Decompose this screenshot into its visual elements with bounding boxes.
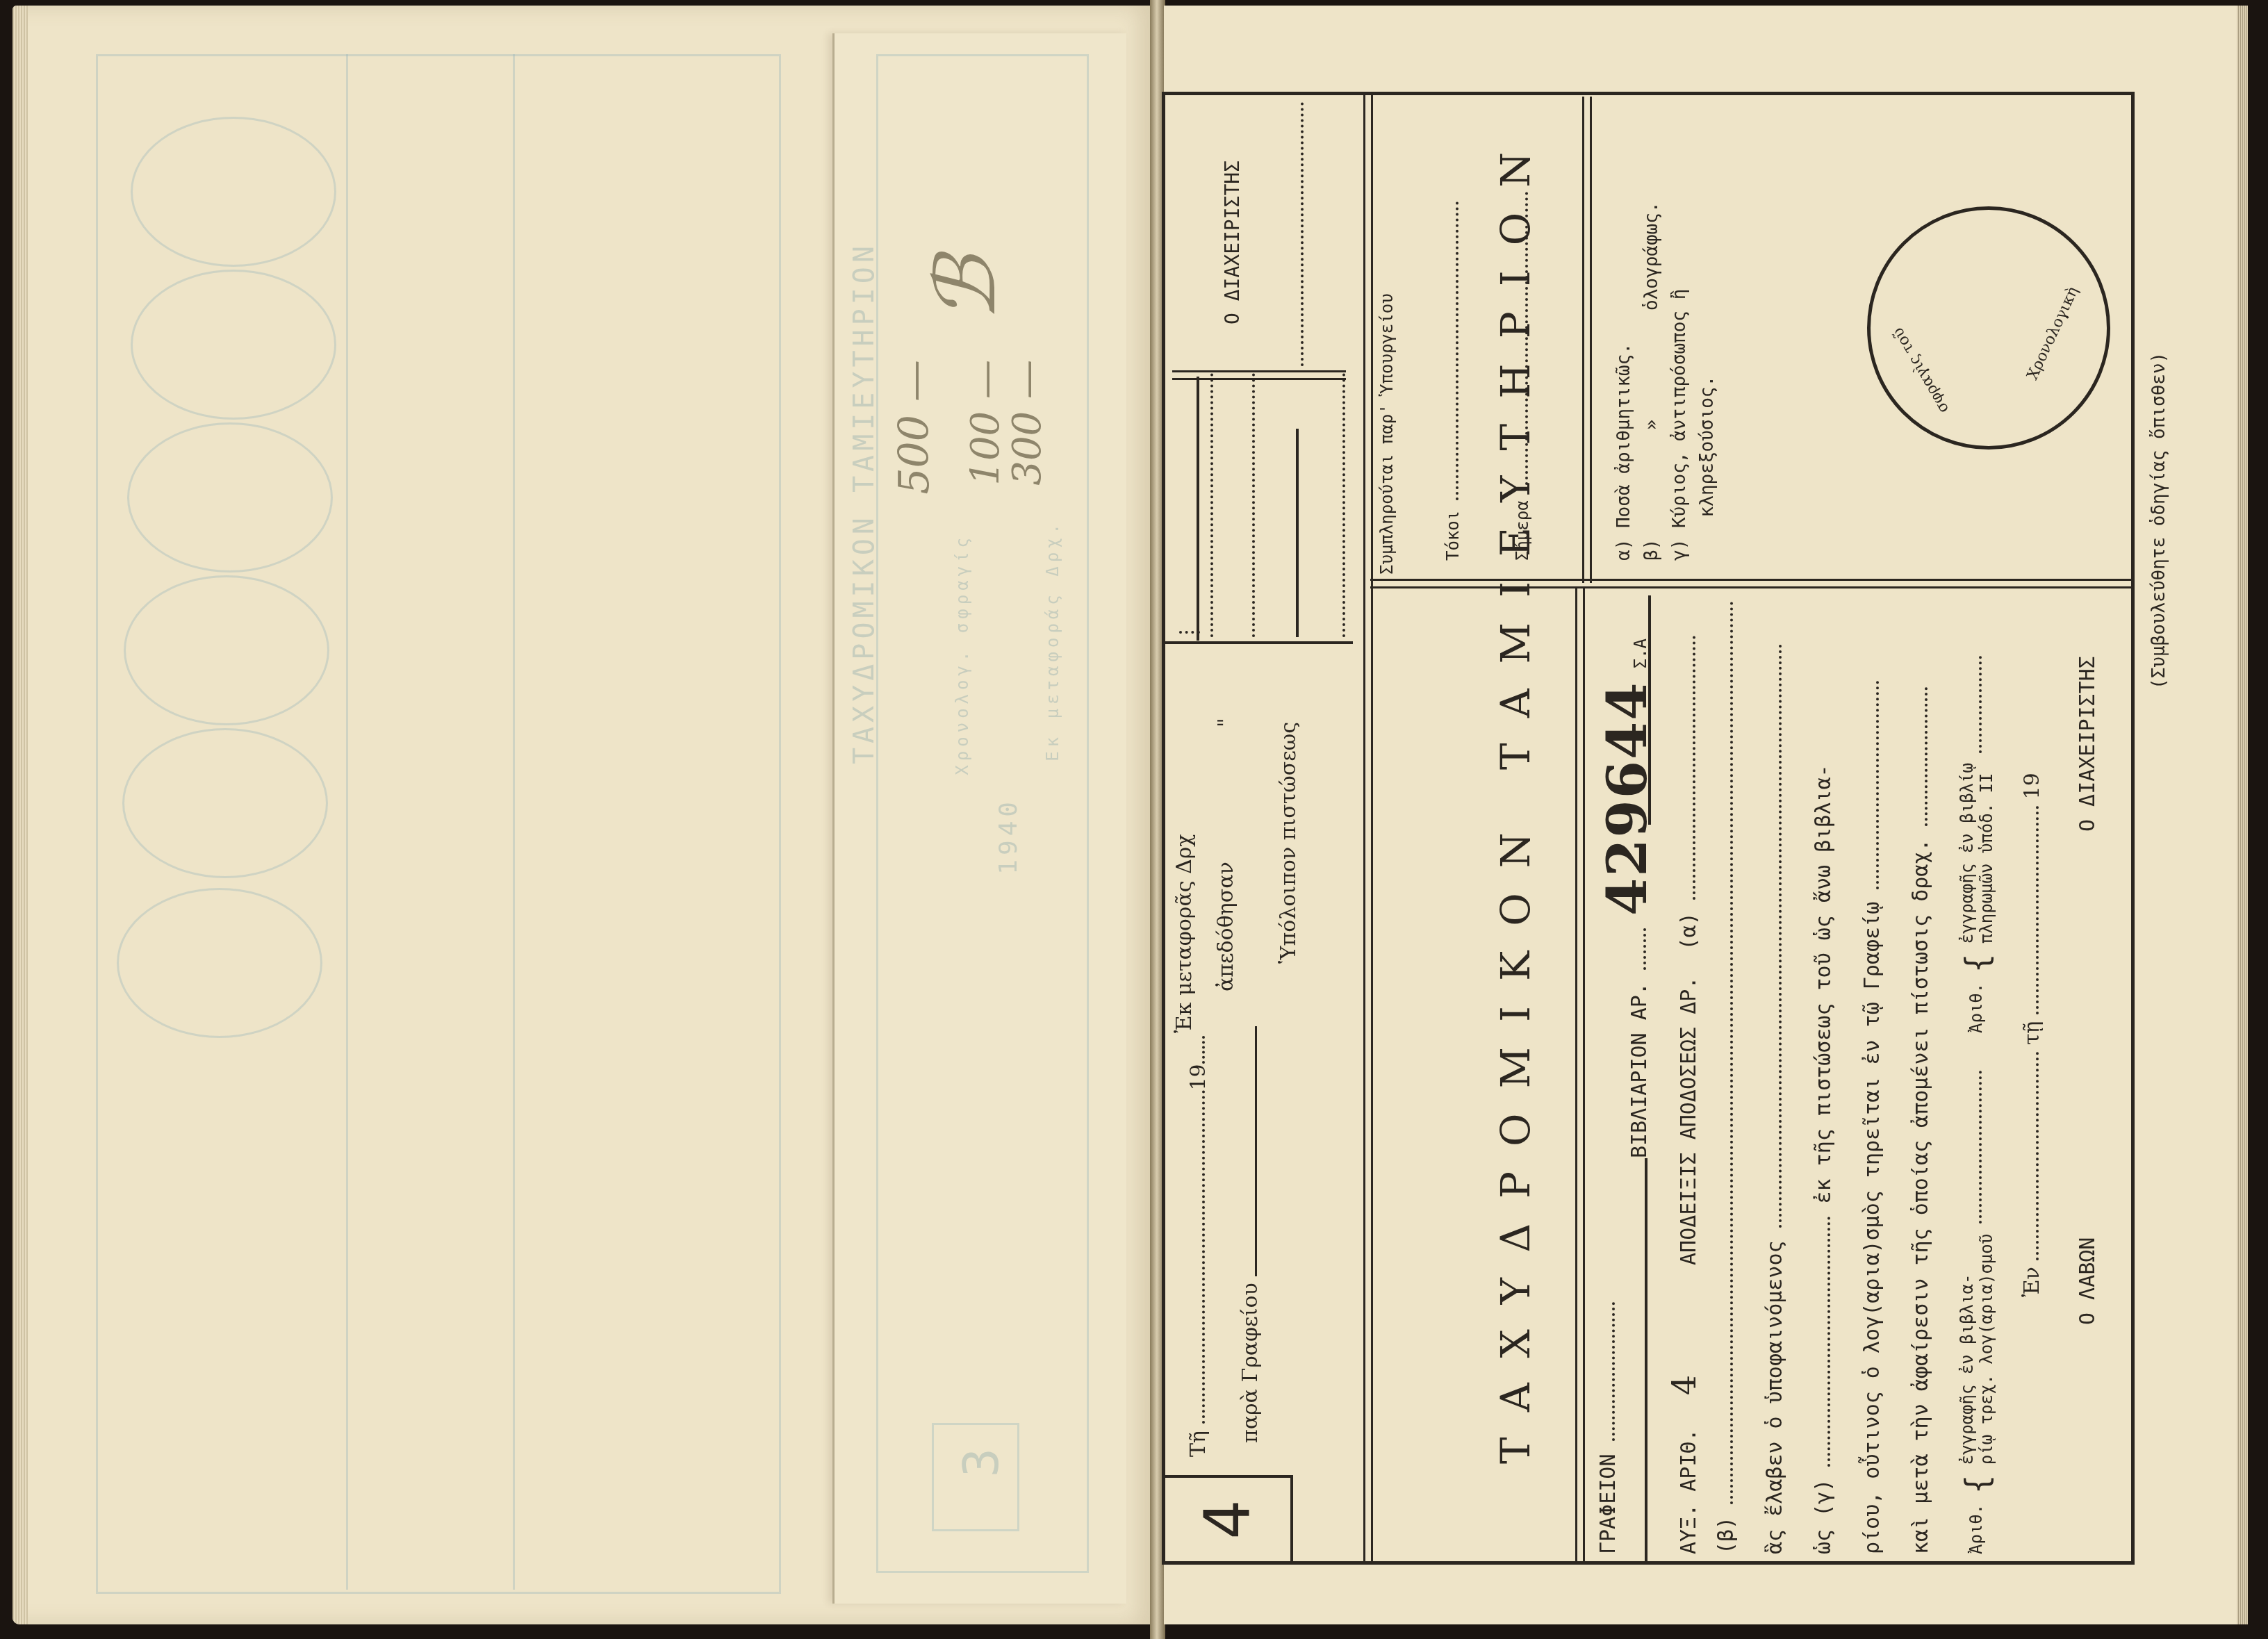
ledger-ref-current-account: Ἀριθ. { ἐγγραφῆς ἐν βιβλια- ρίῳ τρεχ. λο…	[1957, 1071, 1996, 1554]
ghost-stamp-circle	[127, 422, 333, 573]
instructions-note: (Συμβουλεύθητε ὁδηγίας ὄπισθεν)	[2148, 352, 2169, 689]
booklet-spread: ΤΑΧΥΔΡΟΜΙΚΟΝ ΤΑΜΙΕΥΤΗΡΙΟΝ Χρονολογ. σφρα…	[0, 0, 2268, 1639]
handwritten-amount: 100 —	[963, 360, 1008, 486]
interest-field[interactable]	[1455, 201, 1458, 500]
today-field[interactable]	[1525, 192, 1528, 491]
office-line: παρὰ Γραφείου	[1238, 1026, 1263, 1443]
ghost-divider	[346, 54, 348, 1590]
body-line-4: ρίου, οὗτινος ὁ λογ(αρια)σμὸς τηρεῖται ἐ…	[1860, 681, 1884, 1554]
carry-over-label: Ἐκ μεταφορᾶς Δρχ	[1172, 834, 1197, 1033]
ghost-divider	[513, 54, 515, 1590]
date-field[interactable]	[2035, 806, 2039, 1014]
remaining-credit-field[interactable]	[1924, 687, 1928, 826]
ledger-ref-payments: Ἀριθ. { ἐγγραφῆς ἐν βιβλίῳ πληρωμῶν ὑπόδ…	[1957, 656, 1996, 1033]
receipt-number: 4	[1666, 1375, 1703, 1395]
body-line-3: ὡς (γ) ἐκ τῆς πιστώσεως τοῦ ὡς ἄνω βιβλι…	[1811, 764, 1836, 1554]
ghost-line: Χρονολογ. σφραγίς	[953, 534, 972, 775]
today-line: Σήμερα	[1513, 192, 1532, 561]
ghost-date: 1940	[994, 798, 1023, 875]
body-line-1: (β)	[1714, 601, 1739, 1554]
ghost-heading: ΤΑΧΥΔΡΟΜΙΚΟΝ ΤΑΜΙΕΥΤΗΡΙΟΝ	[848, 242, 880, 764]
capacity-field[interactable]	[1827, 1217, 1830, 1467]
account-office-field[interactable]	[1875, 681, 1879, 889]
ghost-line: Εκ μεταφοράς Δρχ.	[1043, 520, 1062, 761]
body-line-2: ἃς ἔλαβεν ὁ ὑποφαινόμενος	[1763, 644, 1787, 1554]
footnotes: α) Ποσὰ ἀριθμητικῶς. β) » ὁλογράφως. γ) …	[1610, 201, 1721, 561]
repaid-amount-field[interactable]	[1252, 373, 1255, 637]
ghost-stamp-circle	[122, 728, 328, 878]
handwritten-amount: 500 —	[890, 360, 939, 495]
place-date-line: Ἐν τῇ 19	[2020, 773, 2044, 1297]
ghost-stamp-circle	[117, 888, 322, 1038]
carry-over-amount-field[interactable]	[1210, 373, 1213, 637]
handwritten-signature: ℬ	[918, 256, 1014, 321]
body-line-5: καὶ μετὰ τὴν ἀφαίρεσιν τῆς ὁποίας ἀπομέν…	[1909, 687, 1933, 1554]
previous-slip-stub: ΤΑΧΥΔΡΟΜΙΚΟΝ ΤΑΜΙΕΥΤΗΡΙΟΝ Χρονολογ. σφρα…	[832, 33, 1126, 1604]
administrator-top: Ο ΔΙΑΧΕΙΡΙΣΤΗΣ	[1221, 160, 1244, 324]
ministry-header: Συμπληρούται παρ' Ὑπουργείου	[1377, 293, 1397, 575]
ghost-stamp-circle	[131, 117, 336, 267]
place-field[interactable]	[2035, 1052, 2039, 1260]
amount-in-words-field[interactable]	[1729, 601, 1733, 1504]
handwritten-amount: 300 —	[1005, 360, 1050, 486]
interest-line: Τόκοι	[1443, 201, 1463, 561]
ghost-number: 3	[953, 1444, 1010, 1477]
receiver-label: Ο ΛΑΒΩΝ	[2076, 1237, 2100, 1325]
ghost-stamp-circle	[124, 575, 329, 725]
form-frame: 4 Τῆ 19 παρὰ Γραφείου Ἐκ μεταφορᾶς Δρχ ἀ…	[1162, 92, 2135, 1565]
amount-column-rule	[1165, 641, 1353, 644]
slip-number: 4	[1192, 1499, 1265, 1539]
recipient-field[interactable]	[1778, 644, 1782, 1228]
ghost-stamp-circle	[131, 270, 336, 420]
administrator-signature-field[interactable]	[1301, 102, 1304, 366]
left-page: ΤΑΧΥΔΡΟΜΙΚΟΝ ΤΑΜΙΕΥΤΗΡΙΟΝ Χρονολογ. σφρα…	[13, 6, 1152, 1624]
balance-label: Ὑπόλοιπον πιστώσεως	[1276, 722, 1301, 964]
office-field: ΓΡΑΦΕΙΟΝ	[1596, 1302, 1620, 1554]
date-line: Τῆ 19	[1186, 1036, 1210, 1457]
slip-number-box: 4	[1165, 1475, 1293, 1561]
booklet-suffix: Σ.Α	[1631, 639, 1650, 668]
receipt-number-line: ΑΥΞ. ΑΡΙΘ. 4 ΑΠΟΔΕΙΞΙΣ ΑΠΟΔΟΣΕΩΣ ΔΡ. (α)	[1666, 636, 1703, 1554]
payments-entry-field[interactable]	[1978, 656, 1982, 753]
withdrawal-slip: 4 Τῆ 19 παρὰ Γραφείου Ἐκ μεταφορᾶς Δρχ ἀ…	[1162, 92, 2135, 1565]
repaid-label: ἀπεδόθησαν	[1214, 862, 1238, 991]
ditto-mark: "	[1214, 718, 1238, 727]
current-account-entry-field[interactable]	[1978, 1071, 1982, 1224]
balance-amount-field[interactable]	[1342, 373, 1345, 637]
date-stamp-circle: σφραγὶς τοῦ Χρονολογικὴ	[1867, 206, 2110, 450]
administrator-bottom-label: Ο ΔΙΑΧΕΙΡΙΣΤΗΣ	[2076, 656, 2100, 832]
